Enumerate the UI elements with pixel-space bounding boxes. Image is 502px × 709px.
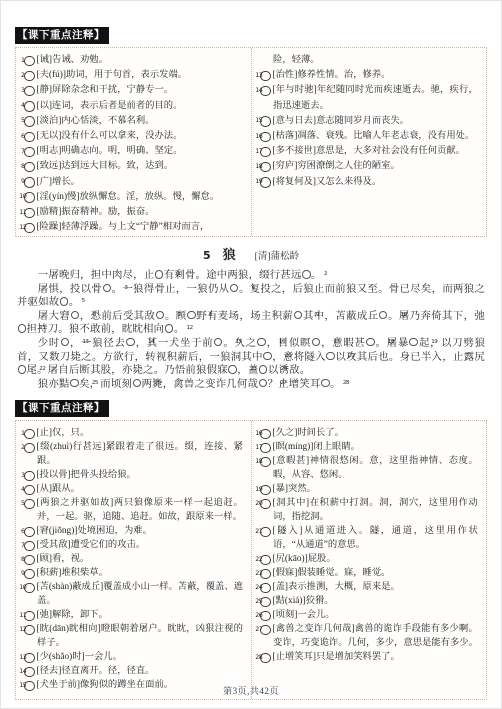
- body-paragraph: 屠惧，投以骨3。一狼得骨止，一狼仍从4。复投之，后狼止而前狼又至。骨已尽矣，而两…: [17, 283, 485, 310]
- note-ref-marker: 23: [228, 365, 237, 374]
- note-ref-marker: 22: [260, 555, 271, 566]
- annotation-item: 9[积薪]堆积柴草。: [24, 566, 243, 580]
- annotation-column-right-1: 险，轻薄。13[治性]修养性情。治，修养。14[年与时驰]年纪随同时光而疾速逝去…: [251, 48, 486, 236]
- annotation-item: 8[顾]看，视。: [24, 552, 243, 566]
- body-paragraph: 一屠晚归，担中肉尽，止1有剩骨。途中两狼，缀行甚远2。: [17, 269, 485, 283]
- note-ref-marker: 12: [165, 324, 174, 333]
- annotation-item: 19[将复何及]又怎么来得及。: [260, 175, 478, 190]
- lesson-name: 狼: [223, 247, 239, 262]
- annotation-item: 5[淡泊]内心恬淡，不慕名利。: [24, 114, 243, 129]
- note-ref-marker: 25: [260, 597, 271, 608]
- annotation-item: 10[苫(shàn)蔽成丘]覆盖成小山一样。苫蔽，覆盖、遮盖。: [24, 580, 243, 608]
- note-ref-marker: 11: [24, 208, 35, 219]
- note-ref-marker: 7: [24, 541, 35, 552]
- note-ref-marker: 18: [260, 162, 271, 173]
- note-ref-marker: 14: [24, 667, 35, 678]
- section-header-annotations-1: 【课下重点注释】: [15, 27, 109, 44]
- note-ref-marker: 7: [24, 147, 35, 158]
- lesson-author: [清]蒲松龄: [255, 252, 299, 262]
- note-ref-marker: 9: [24, 177, 35, 188]
- body-paragraph: 少时13，一狼径去14，其一犬坐于前15。久之16，目似瞑17，意暇甚18。屠暴…: [17, 337, 485, 378]
- note-ref-marker: 18: [260, 457, 271, 468]
- annotation-item: 5[两狼之并驱如故]两只狼像原来一样一起追赶。并，一起。驱，追随、追赶。如故，跟…: [24, 496, 243, 524]
- note-ref-marker: 26: [133, 379, 142, 388]
- annotation-item: 22[尻(kāo)]屁股。: [260, 552, 478, 566]
- note-ref-marker: 20: [260, 499, 271, 510]
- annotation-column-left-2: 1[止]仅，只。2[缀(zhuì)行甚远]紧跟着走了很远。缀，连接、紧跟。3[投…: [16, 421, 251, 699]
- annotation-box-2: 1[止]仅，只。2[缀(zhuì)行甚远]紧跟着走了很远。缀，连接、紧跟。3[投…: [15, 420, 487, 700]
- annotation-item: 23[假寐]假装睡觉。寐，睡觉。: [260, 566, 478, 580]
- note-ref-marker: 14: [260, 86, 271, 97]
- note-ref-marker: 16: [260, 429, 271, 440]
- annotation-item: 4[以]连词，表示后者是前者的目的。: [24, 99, 243, 114]
- annotation-item: 12[险躁]轻薄浮躁。与上文“宁静”相对而言，: [24, 220, 243, 235]
- annotation-item: 13[少(shǎo)时]一会儿。: [24, 650, 243, 664]
- note-ref-marker: 1: [155, 270, 164, 279]
- note-ref-marker: 4: [24, 101, 35, 112]
- note-ref-marker: 18: [366, 338, 375, 347]
- annotation-item: 28[止增笑耳]只是增加笑料罢了。: [260, 650, 478, 664]
- note-ref-marker: 10: [379, 311, 388, 320]
- note-ref-marker: 17: [260, 147, 271, 158]
- annotation-item: 2[夫(fú)]助词，用于句首，表示发端。: [24, 68, 243, 83]
- annotation-item: 14[年与时驰]年纪随同时光而疾速逝去。驰，疾行，指迅速逝去。: [260, 83, 478, 113]
- note-ref-marker: 22: [18, 365, 27, 374]
- note-ref-marker: 1: [24, 429, 35, 440]
- note-ref-marker: 11: [18, 324, 27, 333]
- page-content: 【课下重点注释】 1[诫]告诫、劝勉。2[夫(fú)]助词，用于句首，表示发端。…: [1, 1, 501, 700]
- note-ref-marker: 19: [260, 177, 271, 188]
- note-ref-marker: 19: [409, 338, 418, 347]
- note-ref-marker: 3: [24, 471, 35, 482]
- note-ref-marker: 5: [24, 116, 35, 127]
- note-ref-marker: 13: [260, 71, 271, 82]
- annotation-item: 11[弛]解除，卸下。: [24, 608, 243, 622]
- annotation-item: 13[治性]修养性情。治，修养。: [260, 68, 478, 83]
- note-ref-marker: 3: [24, 86, 35, 97]
- note-ref-marker: 13: [61, 338, 70, 347]
- page-footer: 第3页,共42页: [1, 684, 501, 697]
- annotation-item: 7[受其敌]遭受它们的攻击。: [24, 538, 243, 552]
- annotation-item: 19[暴]突然。: [260, 482, 478, 496]
- annotation-item: 1[诫]告诫、劝勉。: [24, 53, 243, 68]
- note-ref-marker: 28: [321, 379, 330, 388]
- annotation-item: 16[久之]时间长了。: [260, 426, 478, 440]
- note-ref-marker: 2: [24, 443, 35, 454]
- note-ref-marker: 27: [259, 379, 268, 388]
- note-ref-marker: 6: [71, 311, 80, 320]
- annotation-item: 16[枯落]凋落、衰残。比喻人年老志衰，没有用处。: [260, 129, 478, 144]
- annotation-item: 6[窘(jiǒng)]处境困迫，为难。: [24, 524, 243, 538]
- annotation-item: 7[明志]明确志向。明，明确、坚定。: [24, 144, 243, 159]
- note-ref-marker: 17: [260, 443, 271, 454]
- annotation-item: 14[径去]径直离开。径，径直。: [24, 664, 243, 678]
- note-ref-marker: 4: [230, 284, 239, 293]
- section-header-label: 【课下重点注释】: [17, 30, 105, 41]
- annotation-item: 10[淫(yín)慢]放纵懈怠。淫，放纵。慢，懈怠。: [24, 190, 243, 205]
- textbook-page: 【课下重点注释】 1[诫]告诫、劝勉。2[夫(fú)]助词，用于句首，表示发端。…: [0, 0, 502, 709]
- note-ref-marker: 16: [260, 132, 271, 143]
- note-ref-marker: 19: [260, 485, 271, 496]
- annotation-column-right-2: 16[久之]时间长了。17[瞑(míng)]闭上眼睛。18[意暇甚]神情很悠闲。…: [251, 421, 486, 699]
- lesson-title-row: 5狼[清]蒲松龄: [15, 244, 487, 264]
- note-ref-marker: 26: [260, 611, 271, 622]
- annotation-column-left-1: 1[诫]告诫、劝勉。2[夫(fú)]助词，用于句首，表示发端。3[静]屏除杂念和…: [16, 48, 251, 236]
- note-ref-marker: 25: [70, 379, 79, 388]
- note-ref-marker: 8: [24, 555, 35, 566]
- note-ref-marker: 2: [24, 71, 35, 82]
- note-ref-marker: 5: [24, 499, 35, 510]
- note-ref-marker: 10: [24, 192, 35, 203]
- annotation-item: 18[穷庐]穷困潦倒之人住的陋室。: [260, 159, 478, 174]
- note-ref-marker: 6: [24, 527, 35, 538]
- body-paragraph: 狼亦黠25矣，而顷刻26两毙，禽兽之变诈几何哉27？止增笑耳28。: [17, 378, 485, 392]
- annotation-item: 12[眈(dān)眈相向]瞪眼朝着屠户。眈眈，凶狠注视的样子。: [24, 622, 243, 650]
- note-ref-marker: 2: [302, 270, 311, 279]
- annotation-item: 18[意暇甚]神情很悠闲。意，这里指神情、态度。暇，从容、悠闲。: [260, 454, 478, 482]
- page-number-label: 第3页,共42页: [223, 686, 279, 696]
- annotation-item: 3[静]屏除杂念和干扰，宁静专一。: [24, 83, 243, 98]
- note-ref-marker: 15: [260, 116, 271, 127]
- note-ref-marker: 21: [260, 527, 271, 538]
- annotation-item: 20[洞其中]在积薪中打洞。洞，洞穴，这里用作动词，指挖洞。: [260, 496, 478, 524]
- annotation-item: 险，轻薄。: [260, 53, 478, 68]
- note-ref-marker: 23: [260, 569, 271, 580]
- annotation-item: 21[隧入]从通道进入。隧，通道，这里用作状语，“从通道”的意思。: [260, 524, 478, 552]
- note-ref-marker: 4: [24, 485, 35, 496]
- annotation-box-1: 1[诫]告诫、劝勉。2[夫(fú)]助词，用于句首，表示发端。3[静]屏除杂念和…: [15, 47, 487, 237]
- note-ref-marker: 10: [24, 583, 35, 594]
- annotation-item: 3[投以骨]把骨头投给狼。: [24, 468, 243, 482]
- annotation-item: 25[黠(xiá)]狡猾。: [260, 594, 478, 608]
- note-ref-marker: 16: [257, 338, 266, 347]
- annotation-item: 1[止]仅，只。: [24, 426, 243, 440]
- note-ref-marker: 9: [24, 569, 35, 580]
- note-ref-marker: 9: [294, 311, 303, 320]
- note-ref-marker: 8: [24, 162, 35, 173]
- note-ref-marker: 7: [156, 311, 165, 320]
- note-ref-marker: 11: [24, 611, 35, 622]
- note-ref-marker: 20: [263, 352, 272, 361]
- annotation-item: 17[多不接世]意思是，大多对社会没有任何贡献。: [260, 144, 478, 159]
- annotation-item: 9[广]增长。: [24, 175, 243, 190]
- note-ref-marker: 1: [24, 56, 35, 67]
- lesson-number: 5: [203, 249, 211, 262]
- annotation-item: 15[意与日去]意志随同岁月而丧失。: [260, 114, 478, 129]
- note-ref-marker: 24: [259, 365, 268, 374]
- note-ref-marker: 3: [103, 284, 112, 293]
- note-ref-marker: 12: [24, 625, 35, 636]
- annotation-item: 8[致远]达到远大目标。致，达到。: [24, 159, 243, 174]
- section-header-annotations-2: 【课下重点注释】: [15, 400, 109, 417]
- note-ref-marker: 13: [24, 653, 35, 664]
- note-ref-marker: 12: [24, 223, 35, 234]
- note-ref-marker: 6: [24, 132, 35, 143]
- lesson-text: 一屠晚归，担中肉尽，止1有剩骨。途中两狼，缀行甚远2。屠惧，投以骨3。一狼得骨止…: [17, 269, 485, 391]
- annotation-item: 6[无以]没有什么可以拿来，没办法。: [24, 129, 243, 144]
- annotation-item: 24[盖]表示推测，大概，原来是。: [260, 580, 478, 594]
- note-ref-marker: 8: [187, 311, 196, 320]
- note-ref-marker: 17: [312, 338, 321, 347]
- note-ref-marker: 24: [260, 583, 271, 594]
- note-ref-marker: 28: [260, 653, 271, 664]
- annotation-item: 4[从]跟从。: [24, 482, 243, 496]
- annotation-item: 2[缀(zhuì)行甚远]紧跟着走了很远。缀，连接、紧跟。: [24, 440, 243, 468]
- section-header-label: 【课下重点注释】: [17, 403, 105, 414]
- note-ref-marker: 21: [326, 352, 335, 361]
- note-ref-marker: 15: [214, 338, 223, 347]
- note-ref-marker: 14: [126, 338, 135, 347]
- body-paragraph: 屠大窘6，恐前后受其敌7。顾8野有麦场，场主积薪9其中，苫蔽成丘10。屠乃奔倚其…: [17, 310, 485, 337]
- annotation-item: 17[瞑(míng)]闭上眼睛。: [260, 440, 478, 454]
- note-ref-marker: 27: [260, 625, 271, 636]
- note-ref-marker: 5: [60, 297, 69, 306]
- annotation-item: 26[顷刻]一会儿。: [260, 608, 478, 622]
- annotation-item: 27[禽兽之变诈几何哉]禽兽的诡诈手段能有多少啊。变诈，巧变诡诈。几何，多少，意…: [260, 622, 478, 650]
- annotation-item: 11[励精]振奋精神。励，振奋。: [24, 205, 243, 220]
